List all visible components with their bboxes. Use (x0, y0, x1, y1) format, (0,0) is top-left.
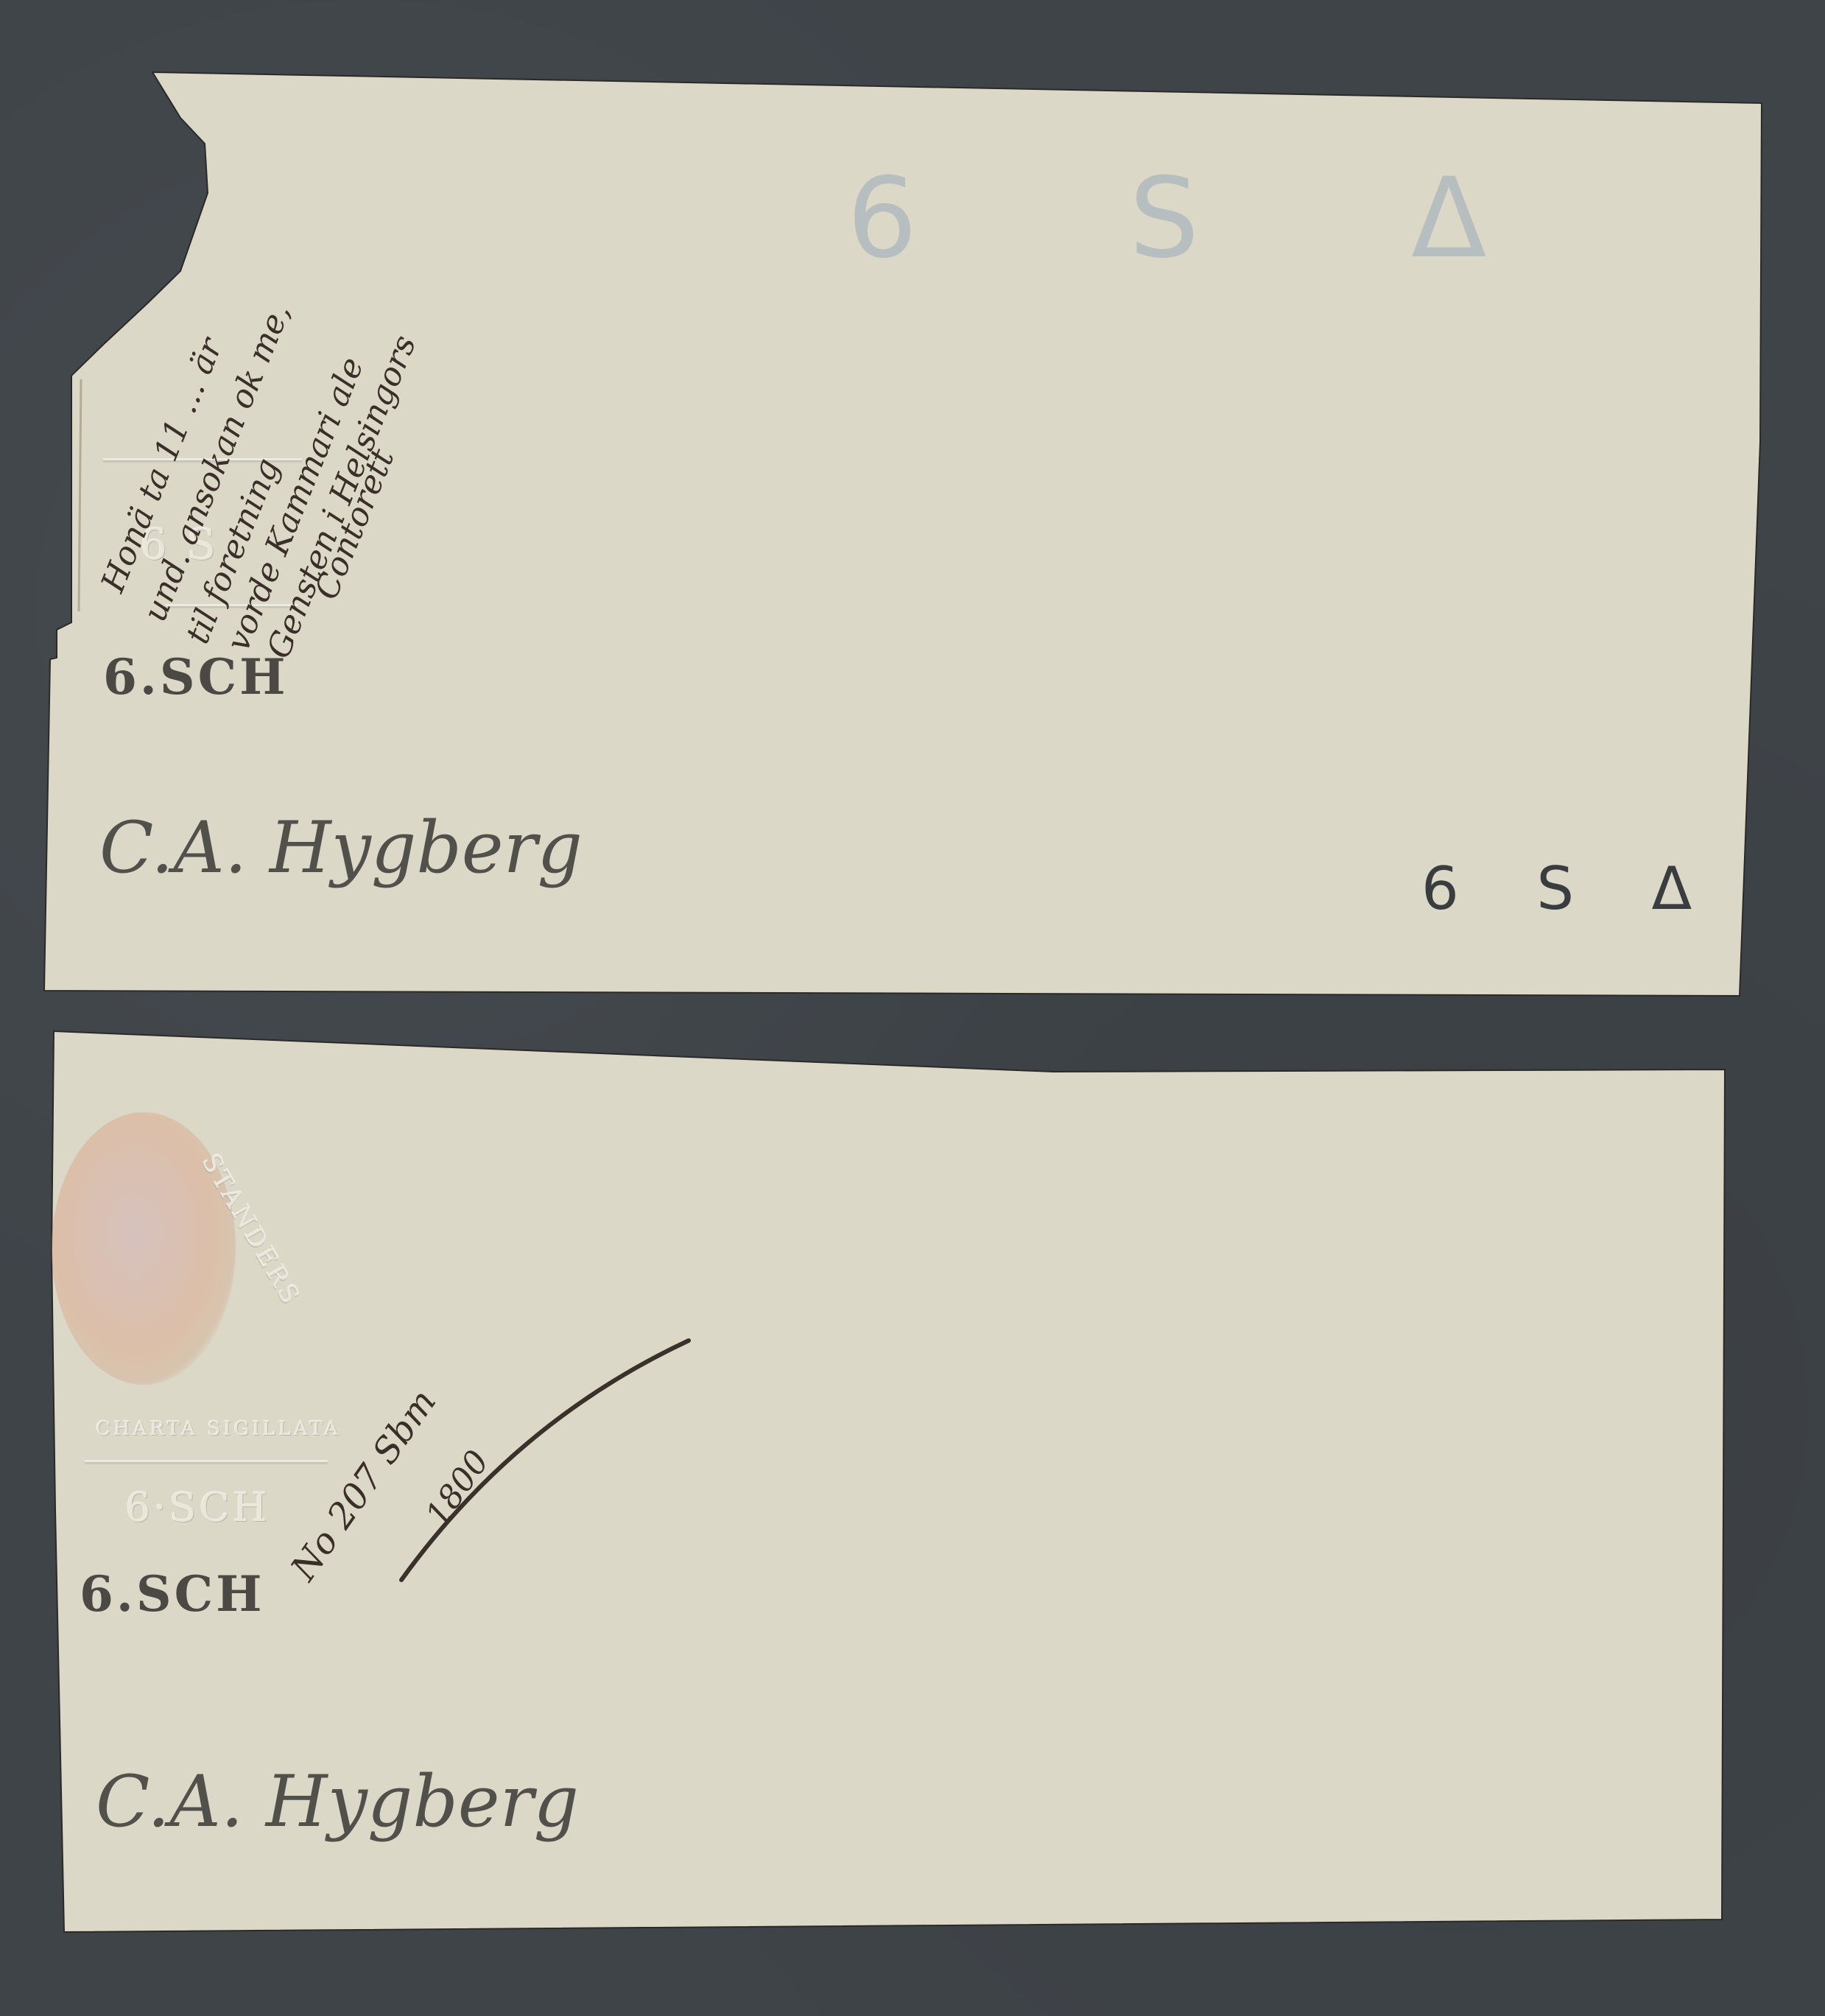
red-wax-stain (52, 1112, 236, 1385)
stamp-value: 6.SCH (80, 1565, 264, 1623)
embossed-label: CHARTA SIGILLATA (96, 1418, 341, 1440)
blue-pencil-mark: 6 S Δ (847, 155, 1575, 283)
stamp-value: 6.SCH (103, 648, 288, 706)
emboss-line (85, 1460, 328, 1462)
embossed-value: 6·SCH (125, 1484, 270, 1531)
signature-stamp: C.A. Hygberg (99, 807, 583, 889)
signature-stamp: C.A. Hygberg (96, 1760, 579, 1843)
pencil-mark: 6 S Δ (1421, 854, 1721, 923)
